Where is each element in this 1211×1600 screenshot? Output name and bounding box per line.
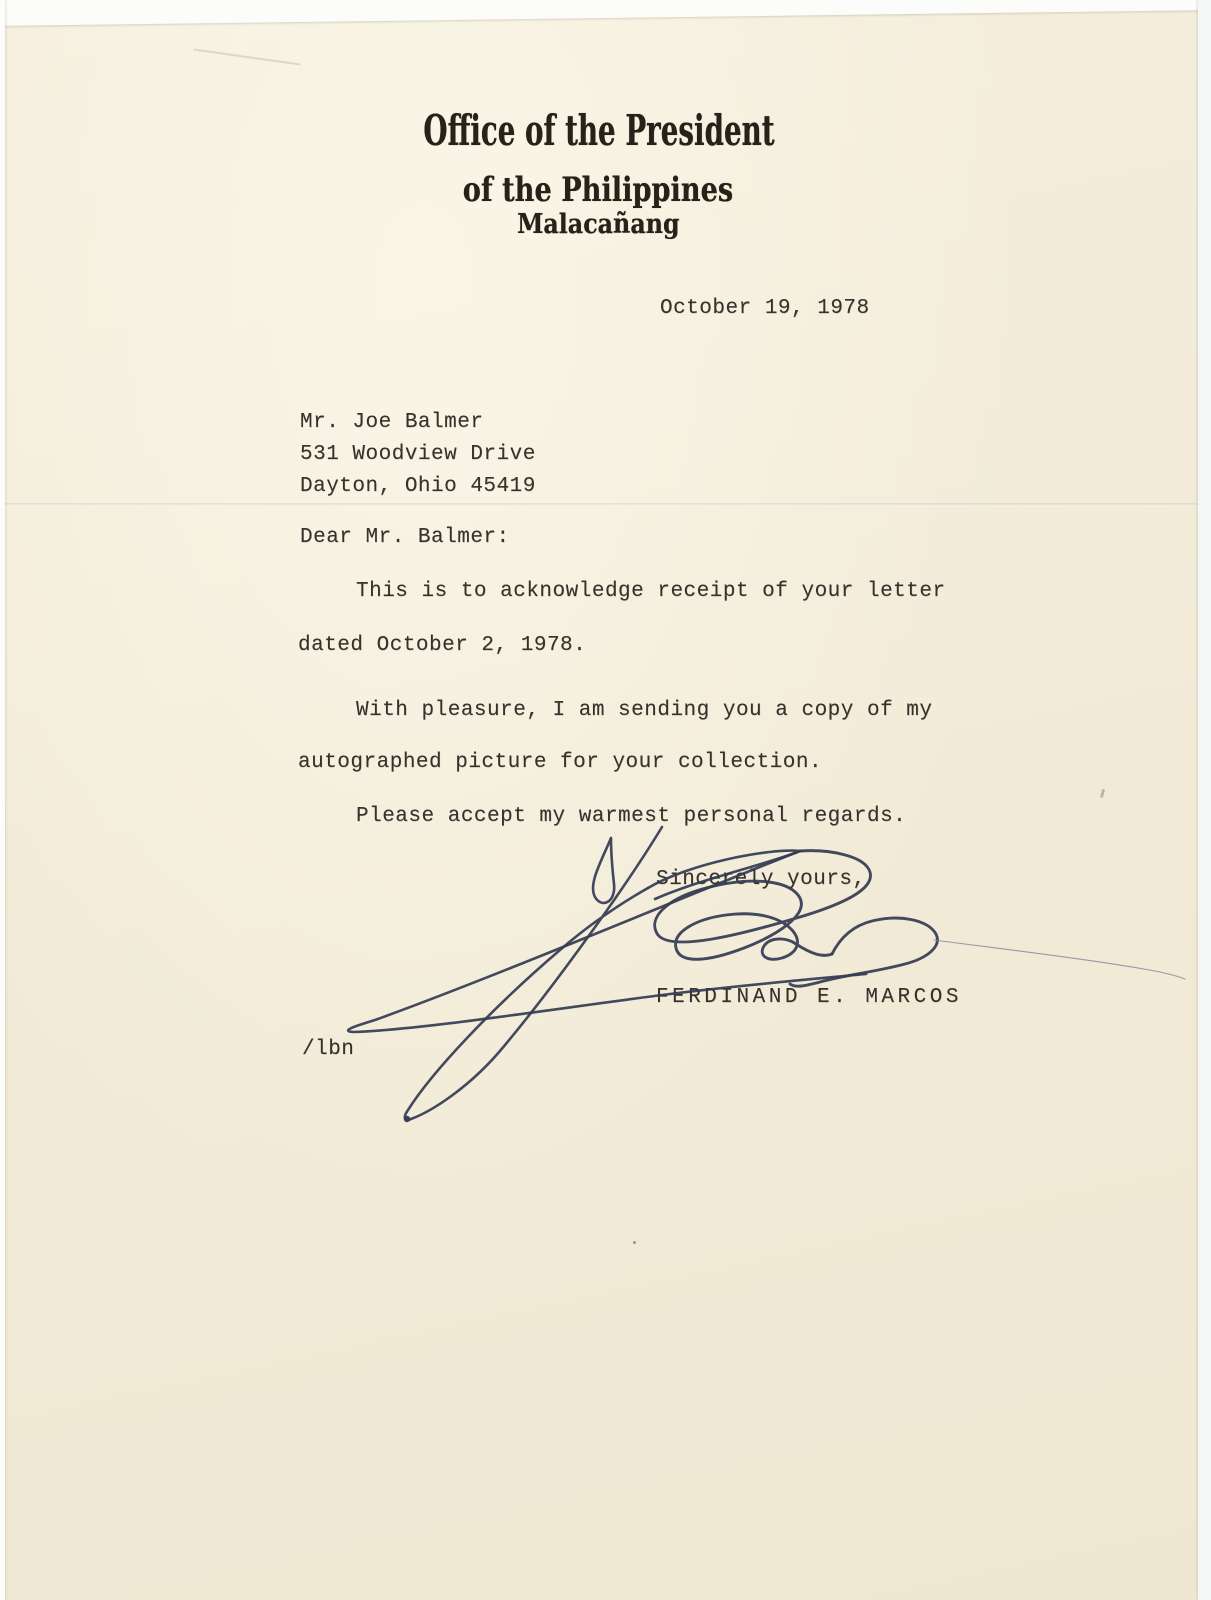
scan-edge-left (0, 0, 5, 1600)
paper-speck (1100, 789, 1105, 798)
salutation: Dear Mr. Balmer: (300, 526, 510, 549)
letterhead-line3: Malacañang (0, 209, 1211, 240)
body-line-3: With pleasure, I am sending you a copy o… (356, 699, 933, 722)
body-line-2: dated October 2, 1978. (298, 634, 586, 657)
signature-ferdinand-marcos (0, 0, 1211, 1600)
letterhead-line2: of the Philippines (0, 170, 1211, 210)
scanned-letter: Office of the President of the Philippin… (0, 0, 1211, 1600)
body-line-5: Please accept my warmest personal regard… (356, 805, 906, 828)
corner-crease (193, 48, 300, 65)
scan-edge-right (1198, 0, 1211, 1600)
valediction: Sincerely yours, (656, 868, 866, 891)
paper-speck (633, 1241, 636, 1244)
date-line: October 19, 1978 (660, 297, 870, 320)
body-line-4: autographed picture for your collection. (298, 751, 822, 774)
recipient-city: Dayton, Ohio 45419 (300, 475, 536, 498)
typist-initials: /lbn (302, 1038, 354, 1061)
body-line-1: This is to acknowledge receipt of your l… (356, 580, 946, 603)
letter-paper: Office of the President of the Philippin… (0, 0, 1211, 1600)
recipient-name: Mr. Joe Balmer (300, 411, 483, 434)
recipient-street: 531 Woodview Drive (300, 443, 536, 466)
signer-name: FERDINAND E. MARCOS (656, 986, 962, 1009)
letterhead-line1: Office of the President (0, 106, 1211, 155)
fold-crease (0, 503, 1198, 507)
